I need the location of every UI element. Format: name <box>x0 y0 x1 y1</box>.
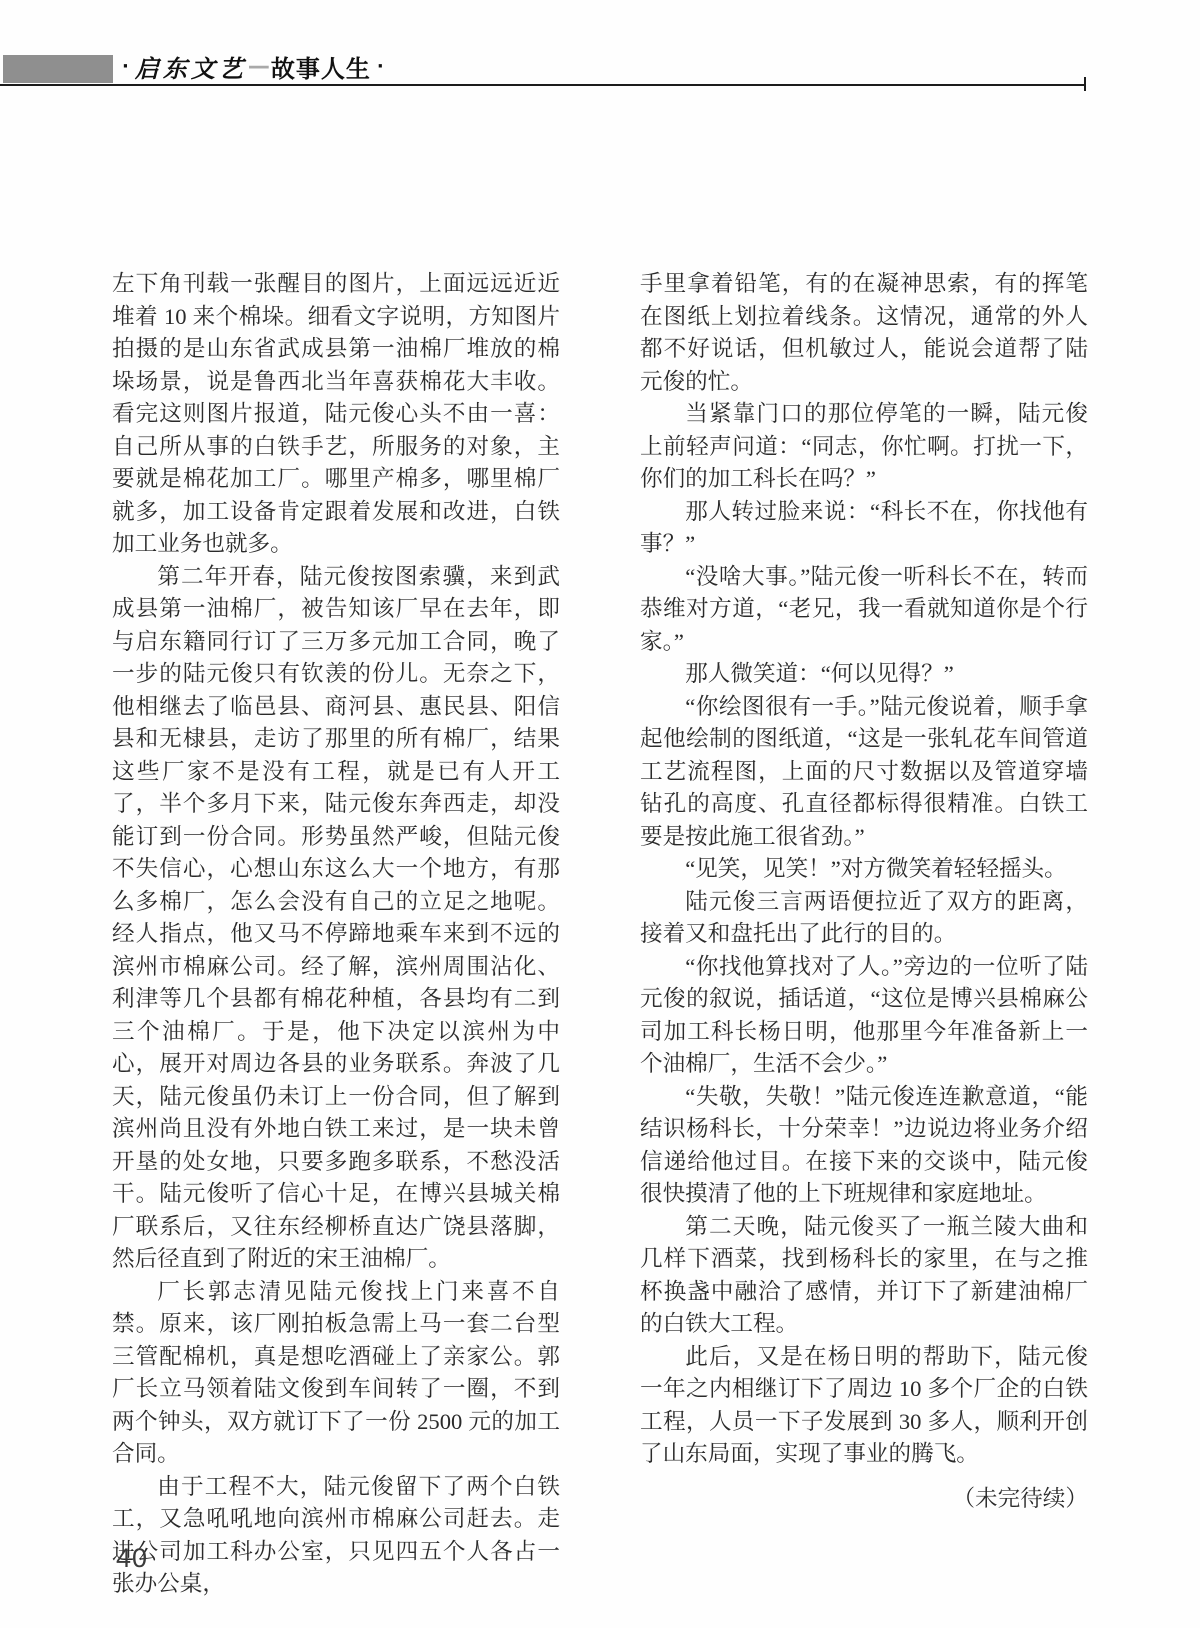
paragraph: “失敬，失敬！”陆元俊连连歉意道，“能结识杨科长，十分荣幸！”边说边将业务介绍信… <box>640 1081 1088 1211</box>
paragraph: 左下角刊载一张醒目的图片，上面远远近近堆着 10 来个棉垛。细看文字说明，方知图… <box>112 268 560 561</box>
page-number: 40 <box>116 1543 148 1574</box>
magazine-title: 启东文艺 <box>135 49 247 84</box>
header-gray-block <box>3 55 113 83</box>
header-bullet-left: · <box>116 56 135 77</box>
paragraph: 厂长郭志清见陆元俊找上门来喜不自禁。原来，该厂刚拍板急需上马一套二台型三管配棉机… <box>112 1276 560 1471</box>
left-text-column: 左下角刊载一张醒目的图片，上面远远近近堆着 10 来个棉垛。细看文字说明，方知图… <box>112 268 560 1601</box>
paragraph: “你绘图很有一手。”陆元俊说着，顺手拿起他绘制的图纸道，“这是一张轧花车间管道工… <box>640 691 1088 854</box>
paragraph: 手里拿着铅笔，有的在凝神思索，有的挥笔在图纸上划拉着线条。这情况，通常的外人都不… <box>640 268 1088 398</box>
page-header: · 启东文艺 — 故事人生 · <box>116 50 390 82</box>
header-rule-end-tick <box>1084 77 1086 91</box>
header-rule <box>0 84 1086 86</box>
paragraph: “你找他算找对了人。”旁边的一位听了陆元俊的叙说，插话道，“这位是博兴县棉麻公司… <box>640 951 1088 1081</box>
magazine-page: · 启东文艺 — 故事人生 · 左下角刊载一张醒目的图片，上面远远近近堆着 10… <box>0 0 1200 1628</box>
paragraph: “没啥大事。”陆元俊一听科长不在，转而恭维对方道，“老兄，我一看就知道你是个行家… <box>640 561 1088 659</box>
paragraph: 由于工程不大，陆元俊留下了两个白铁工，又急吼吼地向滨州市棉麻公司赶去。走进公司加… <box>112 1471 560 1601</box>
to-be-continued-note: （未完待续） <box>640 1483 1088 1516</box>
paragraph: 那人转过脸来说：“科长不在，你找他有事？” <box>640 496 1088 561</box>
paragraph: 此后，又是在杨日明的帮助下，陆元俊一年之内相继订下了周边 10 多个厂企的白铁工… <box>640 1341 1088 1471</box>
right-text-column: 手里拿着铅笔，有的在凝神思索，有的挥笔在图纸上划拉着线条。这情况，通常的外人都不… <box>640 268 1088 1515</box>
paragraph: 陆元俊三言两语便拉近了双方的距离，接着又和盘托出了此行的目的。 <box>640 886 1088 951</box>
paragraph: 第二天晚，陆元俊买了一瓶兰陵大曲和几样下酒菜，找到杨科长的家里，在与之推杯换盏中… <box>640 1211 1088 1341</box>
paragraph: 当紧靠门口的那位停笔的一瞬，陆元俊上前轻声问道：“同志，你忙啊。打扰一下，你们的… <box>640 398 1088 496</box>
header-divider: — <box>248 54 270 79</box>
paragraph: 那人微笑道：“何以见得？” <box>640 658 1088 691</box>
paragraph: 第二年开春，陆元俊按图索骥，来到武成县第一油棉厂，被告知该厂早在去年，即与启东籍… <box>112 561 560 1276</box>
section-title: 故事人生 <box>271 49 371 84</box>
paragraph: “见笑，见笑！”对方微笑着轻轻摇头。 <box>640 853 1088 886</box>
header-bullet-right: · <box>371 56 390 77</box>
